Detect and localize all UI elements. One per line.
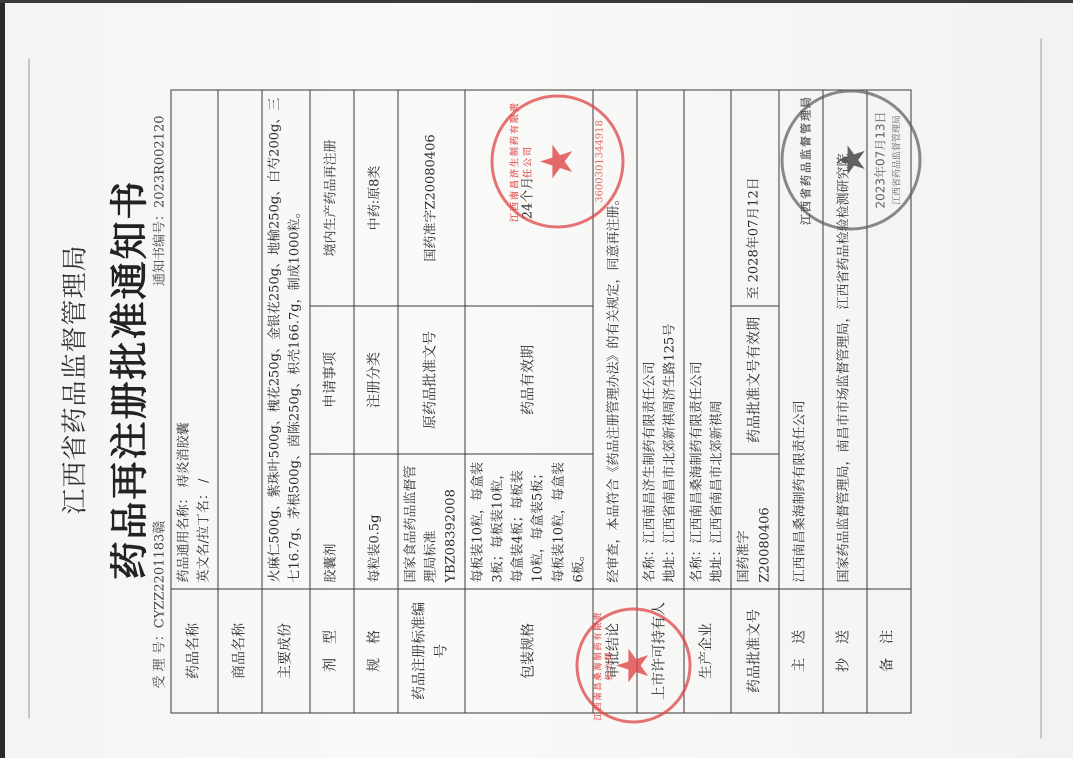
original-approval-label: 原药品批准文号: [397, 306, 464, 454]
table-row: 规 格 每粒装0.5g 注册分类 中药:原8类: [353, 89, 397, 712]
table-row: 包装规格 每板装10粒，每盒装3板；每板装10粒，每盒装4板；每板装10粒，每盒…: [464, 89, 592, 712]
packaging-value: 每板装10粒，每盒装3板；每板装10粒，每盒装4板；每板装10粒，每盒装5板；每…: [464, 454, 592, 589]
table-row: 药品名称 药品通用名称： 痔炎消胶囊 英文名/拉丁名： /: [171, 89, 218, 712]
conclusion-label: 审批结论: [592, 589, 636, 713]
manufacturer-name: 名称：江西南昌桑海制药有限责任公司: [687, 96, 707, 582]
recipient-label: 主 送: [778, 589, 822, 713]
bottom-rule: [1040, 38, 1041, 738]
conclusion-value: 经审查，本品符合《药品注册管理办法》的有关规定，同意再注册。: [592, 89, 636, 588]
acceptance-number: 受 理 号：CYZZ2201183赣: [148, 520, 167, 688]
standard-number-value: 国家食品药品监督管理局标准YBZ08392008: [397, 454, 464, 589]
manufacturer-address: 地址：江西省南昌市北郊新祺周: [707, 96, 727, 582]
acceptance-number-value: CYZZ2201183赣: [152, 520, 167, 628]
approval-number-label: 药品批准文号: [731, 589, 778, 713]
standard-number-label: 药品注册标准编号: [397, 589, 464, 713]
validity-value: 24个月: [464, 89, 592, 305]
trade-name-label: 商品名称: [218, 589, 262, 713]
table-row: 审批结论 经审查，本品符合《药品注册管理办法》的有关规定，同意再注册。: [592, 89, 636, 712]
issuer-name: 江西省药品监督管理局: [54, 0, 91, 758]
recipient-value: 江西南昌桑海制药有限责任公司: [778, 89, 822, 588]
ingredients-value: 火麻仁500g、紫珠叶500g、槐花250g、金银花250g、地榆250g、白芍…: [262, 89, 309, 588]
application-item-value: 境内生产药品再注册: [309, 89, 353, 305]
mah-label: 上市许可持有人: [636, 589, 683, 713]
manufacturer-label: 生产企业: [684, 589, 731, 713]
drug-name-label: 药品名称: [171, 589, 218, 713]
original-approval-value: 国药准字Z20080406: [397, 89, 464, 305]
approval-validity-value: 至 2028年07月12日: [731, 89, 778, 305]
mah-name: 名称：江西南昌济生制药有限责任公司: [640, 96, 660, 582]
dosage-form-label: 剂 型: [309, 589, 353, 713]
table-row: 药品批准文号 国药准字Z20080406 药品批准文号有效期 至 2028年07…: [731, 89, 778, 712]
cc-value: 国家药品监督管理局，南昌市市场监督管理局，江西省药品检验检测研究院: [822, 89, 866, 588]
table-row: 备 注: [866, 89, 910, 712]
ingredients-label: 主要成份: [262, 589, 309, 713]
generic-name-value: 痔炎消胶囊: [176, 422, 191, 487]
table-row: 主 送 江西南昌桑海制药有限责任公司: [778, 89, 822, 712]
notice-number-label: 通知书编号：: [152, 208, 167, 286]
notice-number-value: 2023R002120: [152, 115, 167, 208]
english-name-value: /: [196, 478, 211, 482]
registration-category-label: 注册分类: [353, 306, 397, 454]
manufacturer-cell: 名称：江西南昌桑海制药有限责任公司 地址：江西省南昌市北郊新祺周: [684, 89, 731, 588]
table-row: 上市许可持有人 名称：江西南昌济生制药有限责任公司 地址：江西省南昌市北郊新祺周…: [636, 89, 683, 712]
document-title: 药品再注册批准通知书: [98, 0, 153, 758]
drug-name-cell: 药品通用名称： 痔炎消胶囊 英文名/拉丁名： /: [171, 89, 218, 588]
table-row: 生产企业 名称：江西南昌桑海制药有限责任公司 地址：江西省南昌市北郊新祺周: [684, 89, 731, 712]
table-row: 主要成份 火麻仁500g、紫珠叶500g、槐花250g、金银花250g、地榆25…: [262, 89, 309, 712]
dosage-form-value: 胶囊剂: [309, 454, 353, 589]
application-item-label: 申请事项: [309, 306, 353, 454]
table-row: 商品名称: [218, 89, 262, 712]
approval-notice-document: 江西省药品监督管理局 药品再注册批准通知书 受 理 号：CYZZ2201183赣…: [0, 0, 1073, 758]
english-name-label: 英文名/拉丁名：: [196, 487, 211, 582]
validity-label: 药品有效期: [464, 306, 592, 454]
notice-number: 通知书编号：2023R002120: [148, 115, 167, 286]
acceptance-number-label: 受 理 号：: [152, 628, 167, 688]
approval-validity-label: 药品批准文号有效期: [731, 306, 778, 454]
mah-address: 地址：江西省南昌市北郊新祺周济生路125号: [660, 96, 680, 582]
registration-category-value: 中药:原8类: [353, 89, 397, 305]
table-row: 剂 型 胶囊剂 申请事项 境内生产药品再注册: [309, 89, 353, 712]
mah-cell: 名称：江西南昌济生制药有限责任公司 地址：江西省南昌市北郊新祺周济生路125号: [636, 89, 683, 588]
remarks-value: [866, 89, 910, 588]
top-rule: [28, 58, 29, 718]
table-row: 抄 送 国家药品监督管理局，南昌市市场监督管理局，江西省药品检验检测研究院: [822, 89, 866, 712]
table-row: 药品注册标准编号 国家食品药品监督管理局标准YBZ08392008 原药品批准文…: [397, 89, 464, 712]
packaging-label: 包装规格: [464, 589, 592, 713]
remarks-label: 备 注: [866, 589, 910, 713]
approval-table: 药品名称 药品通用名称： 痔炎消胶囊 英文名/拉丁名： / 商品名称 主要成份 …: [170, 89, 911, 713]
spec-label: 规 格: [353, 589, 397, 713]
generic-name-label: 药品通用名称：: [176, 491, 191, 582]
spec-value: 每粒装0.5g: [353, 454, 397, 589]
trade-name-value: [218, 89, 262, 588]
approval-number-value: 国药准字Z20080406: [731, 454, 778, 589]
cc-label: 抄 送: [822, 589, 866, 713]
